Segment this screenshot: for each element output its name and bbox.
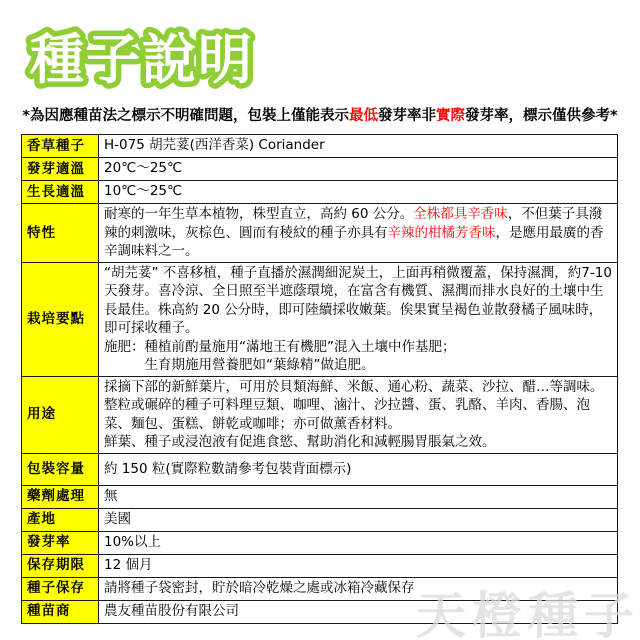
row-label: 種苗商 [22, 600, 99, 623]
row-value: 美國 [99, 508, 618, 531]
notice-segment: 發芽率，標示僅供參考* [465, 108, 618, 124]
table-row: 用途採摘下部的新鮮葉片，可用於貝類海鮮、米飯、通心粉、蔬菜、沙拉、醋…等調味。 … [22, 376, 618, 453]
row-value: 20℃～25℃ [99, 158, 618, 181]
row-value-segment: 12 個月 [104, 557, 152, 573]
notice-segment-red: 最低 [349, 108, 378, 124]
row-label: 香草種子 [22, 135, 99, 158]
row-value-segment: 無 [104, 488, 118, 504]
row-value: 10%以上 [99, 531, 618, 554]
row-value-segment: 約 150 粒(實際粒數請參考包裝背面標示) [104, 461, 351, 477]
row-value-segment: 耐寒的一年生草本植物，株型直立，高約 60 公分。 [104, 206, 413, 222]
page-title-art: 種子說明 [22, 14, 282, 100]
row-label: 用途 [22, 376, 99, 453]
table-row: 包裝容量約 150 粒(實際粒數請參考包裝背面標示) [22, 453, 618, 485]
page-title-text: 種子說明 [29, 28, 254, 91]
row-label: 藥劑處理 [22, 485, 99, 508]
row-value: 無 [99, 485, 618, 508]
table-row: 種苗商農友種苗股份有限公司 [22, 600, 618, 623]
row-value: 耐寒的一年生草本植物，株型直立，高約 60 公分。全株都具辛香味，不但葉子具潑辣… [99, 204, 618, 263]
notice-segment-red: 實際 [436, 108, 465, 124]
table-row: 保存期限12 個月 [22, 554, 618, 577]
row-label: 種子保存 [22, 577, 99, 600]
table-row: 藥劑處理無 [22, 485, 618, 508]
table-row: 產地美國 [22, 508, 618, 531]
row-label: 特性 [22, 204, 99, 263]
row-label: 栽培要點 [22, 262, 99, 376]
row-value-segment: “胡芫荽” 不喜移植，種子直播於濕潤細泥炭土，上面再稍微覆蓋，保持濕潤，約7-1… [104, 265, 616, 374]
row-label: 保存期限 [22, 554, 99, 577]
row-value: “胡芫荽” 不喜移植，種子直播於濕潤細泥炭土，上面再稍微覆蓋，保持濕潤，約7-1… [99, 262, 618, 376]
row-value-segment: 採摘下部的新鮮葉片，可用於貝類海鮮、米飯、通心粉、蔬菜、沙拉、醋…等調味。 整粒… [104, 379, 604, 451]
notice-line: *為因應種苗法之標示不明確問題，包裝上僅能表示最低發芽率非實際發芽率，標示僅供參… [21, 106, 619, 126]
row-value-segment: 20℃～25℃ [104, 160, 182, 176]
notice-segment: 發芽率非 [378, 108, 436, 124]
row-label: 產地 [22, 508, 99, 531]
table-row: 發芽適溫20℃～25℃ [22, 158, 618, 181]
row-value: 採摘下部的新鮮葉片，可用於貝類海鮮、米飯、通心粉、蔬菜、沙拉、醋…等調味。 整粒… [99, 376, 618, 453]
row-value-segment: 10%以上 [104, 534, 161, 550]
row-value-segment: 美國 [104, 511, 131, 527]
row-value: 12 個月 [99, 554, 618, 577]
row-value: 請將種子袋密封，貯於暗冷乾燥之處或冰箱冷藏保存 [99, 577, 618, 600]
row-value-segment: 請將種子袋密封，貯於暗冷乾燥之處或冰箱冷藏保存 [104, 580, 415, 596]
notice-segment: *為因應種苗法之標示不明確問題，包裝上僅能表示 [22, 108, 349, 124]
table-row: 生長適溫10℃～25℃ [22, 181, 618, 204]
row-value-segment-red: 全株都具辛香味 [413, 206, 508, 222]
table-row: 香草種子H-075 胡芫荽(西洋香菜) Coriander [22, 135, 618, 158]
seed-info-table-body: 香草種子H-075 胡芫荽(西洋香菜) Coriander發芽適溫20℃～25℃… [22, 135, 618, 624]
table-row: 發芽率10%以上 [22, 531, 618, 554]
row-value-segment: H-075 胡芫荽(西洋香菜) Coriander [104, 137, 325, 153]
row-value-segment: 10℃～25℃ [104, 183, 182, 199]
seed-description-sheet: 種子說明 *為因應種苗法之標示不明確問題，包裝上僅能表示最低發芽率非實際發芽率，… [0, 0, 640, 640]
row-label: 發芽率 [22, 531, 99, 554]
page-title: 種子說明 [22, 14, 282, 104]
row-label: 發芽適溫 [22, 158, 99, 181]
row-label: 生長適溫 [22, 181, 99, 204]
row-value-segment: 農友種苗股份有限公司 [104, 603, 239, 619]
row-value: H-075 胡芫荽(西洋香菜) Coriander [99, 135, 618, 158]
row-value: 約 150 粒(實際粒數請參考包裝背面標示) [99, 453, 618, 485]
row-value-segment-red: 辛辣的柑橘芳香味 [388, 225, 496, 241]
table-row: 栽培要點“胡芫荽” 不喜移植，種子直播於濕潤細泥炭土，上面再稍微覆蓋，保持濕潤，… [22, 262, 618, 376]
row-label: 包裝容量 [22, 453, 99, 485]
seed-info-table: 香草種子H-075 胡芫荽(西洋香菜) Coriander發芽適溫20℃～25℃… [21, 134, 618, 624]
table-row: 特性耐寒的一年生草本植物，株型直立，高約 60 公分。全株都具辛香味，不但葉子具… [22, 204, 618, 263]
table-row: 種子保存請將種子袋密封，貯於暗冷乾燥之處或冰箱冷藏保存 [22, 577, 618, 600]
row-value: 10℃～25℃ [99, 181, 618, 204]
row-value: 農友種苗股份有限公司 [99, 600, 618, 623]
